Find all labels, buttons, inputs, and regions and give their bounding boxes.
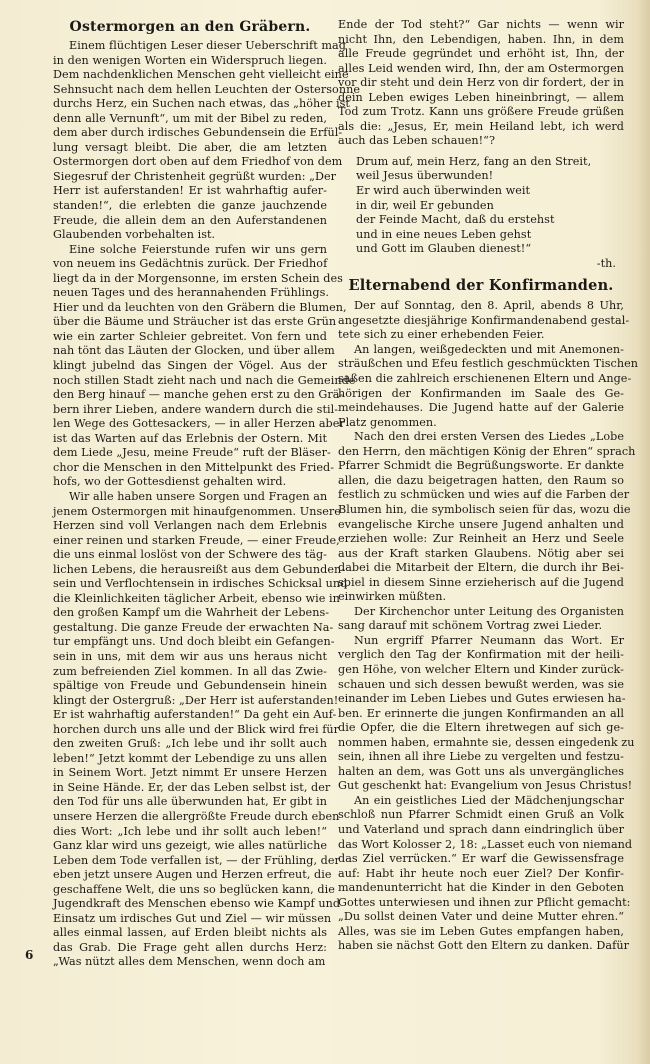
text-line: Nach den drei ersten Versen des Liedes „… xyxy=(338,430,624,445)
text-line: die uns einmal loslöst von der Schwere d… xyxy=(53,548,327,563)
text-line: den Berg hinauf — manche gehen erst zu d… xyxy=(53,388,327,403)
text-line: die Opfer, die die Eltern ihretwegen auf… xyxy=(338,721,624,736)
text-line: Ostermorgen dort oben auf dem Friedhof v… xyxy=(53,155,327,170)
text-line: angesetzte diesjährige Konfirmandenabend… xyxy=(338,314,624,329)
text-line: Dem nachdenklichen Menschen geht viellei… xyxy=(53,68,327,83)
text-line: sein, ihnen all ihre Liebe zu vergelten … xyxy=(338,750,624,765)
paragraph: Einem flüchtigen Leser dieser Ueberschri… xyxy=(53,39,327,243)
text-line: allen, die dazu beigetragen hatten, den … xyxy=(338,474,624,489)
text-line: in Seinem Wort. Jetzt nimmt Er unsere He… xyxy=(53,766,327,781)
text-line: Glaubenden vorbehalten ist. xyxy=(53,228,327,243)
text-line: jenem Ostermorgen mit hinaufgenommen. Un… xyxy=(53,505,327,520)
paragraph: Der auf Sonntag, den 8. April, abends 8 … xyxy=(338,299,624,343)
text-line: ben. Er erinnerte die jungen Konfirmande… xyxy=(338,707,624,722)
paragraph: Der Kirchenchor unter Leitung des Organi… xyxy=(338,605,624,634)
text-line: gestaltung. Die ganze Freude der erwacht… xyxy=(53,621,327,636)
text-line: tete sich zu einer erhebenden Feier. xyxy=(338,328,624,343)
text-line: noch stillen Stadt zieht nach und nach d… xyxy=(53,374,327,389)
article-body-ostermorgen-continued: Ende der Tod steht?“ Gar nichts — wenn w… xyxy=(338,18,624,149)
text-line: auf: Habt ihr heute noch euer Ziel? Der … xyxy=(338,867,624,882)
text-line: Ende der Tod steht?“ Gar nichts — wenn w… xyxy=(338,18,624,33)
article-body-ostermorgen-left: Einem flüchtigen Leser dieser Ueberschri… xyxy=(53,39,327,970)
author-signature: -th. xyxy=(338,257,624,272)
text-line: Einsatz um irdisches Gut und Ziel — wir … xyxy=(53,912,327,927)
text-line: nommen haben, ermahnte sie, dessen einge… xyxy=(338,736,624,751)
text-line: zum befreienden Ziel kommen. In all das … xyxy=(53,665,327,680)
text-line: vor dir steht und dein Herz von dir ford… xyxy=(338,76,624,91)
text-line: Tod zum Trotz. Kann uns größere Freude g… xyxy=(338,105,624,120)
text-line: Er ist wahrhaftig auferstanden!“ Da geht… xyxy=(53,708,327,723)
text-line: den großen Kampf um die Wahrheit der Leb… xyxy=(53,606,327,621)
text-line: wie ein zarter Schleier gebreitet. Von f… xyxy=(53,330,327,345)
text-line: meindehauses. Die Jugend hatte auf der G… xyxy=(338,401,624,416)
text-line: gen Höhe, von welcher Eltern und Kinder … xyxy=(338,663,624,678)
paragraph: An ein geistliches Lied der Mädchenjungs… xyxy=(338,794,624,954)
text-line: Alles, was sie im Leben Gutes empfangen … xyxy=(338,925,624,940)
text-line: den zweiten Gruß: „Ich lebe und ihr soll… xyxy=(53,737,327,752)
text-line: Eine solche Feierstunde rufen wir uns ge… xyxy=(53,243,327,258)
verse-line: in dir, weil Er gebunden xyxy=(356,199,624,214)
right-column: Ende der Tod steht?“ Gar nichts — wenn w… xyxy=(338,18,624,954)
document-page: Ostermorgen an den Gräbern. Einem flücht… xyxy=(0,0,650,1064)
text-line: alles Leid wenden wird, Ihn, der am Oste… xyxy=(338,62,624,77)
text-line: nah tönt das Läuten der Glocken, und übe… xyxy=(53,344,327,359)
text-line: Der Kirchenchor unter Leitung des Organi… xyxy=(338,605,624,620)
text-line: als die: „Jesus, Er, mein Heiland lebt, … xyxy=(338,120,624,135)
text-line: in Seine Hände. Er, der das Leben selbst… xyxy=(53,781,327,796)
text-line: alle Freude gegründet und erhöht ist, Ih… xyxy=(338,47,624,62)
text-line: aus der Kraft starken Glaubens. Nötig ab… xyxy=(338,547,624,562)
text-line: chor die Menschen in den Mittelpunkt des… xyxy=(53,461,327,476)
verse-line: Er wird auch überwinden weit xyxy=(356,184,624,199)
verse-line: Drum auf, mein Herz, fang an den Streit, xyxy=(356,155,624,170)
text-line: erziehen wolle: Zur Reinheit an Herz und… xyxy=(338,532,624,547)
text-line: halten an dem, was Gott uns als unvergän… xyxy=(338,765,624,780)
text-line: lung versagt bleibt. Die aber, die am le… xyxy=(53,141,327,156)
text-line: dabei die Mitarbeit der Eltern, die durc… xyxy=(338,561,624,576)
text-line: mandenunterricht hat die Kinder in den G… xyxy=(338,881,624,896)
text-line: spältige von Freude und Gebundensein hin… xyxy=(53,679,327,694)
text-line: einer reinen und starken Freude, — einer… xyxy=(53,534,327,549)
text-line: alles einmal lassen, auf Erden bleibt ni… xyxy=(53,926,327,941)
page-number: 6 xyxy=(25,948,33,962)
text-line: sein und Verflochtensein in irdisches Sc… xyxy=(53,577,327,592)
text-line: schauen und sich dessen bewußt werden, w… xyxy=(338,678,624,693)
text-line: die Kleinlichkeiten täglicher Arbeit, eb… xyxy=(53,592,327,607)
text-line: und Vaterland und sprach dann eindringli… xyxy=(338,823,624,838)
text-line: tur empfängt uns. Und doch bleibt ein Ge… xyxy=(53,635,327,650)
text-line: hofs, wo der Gottesdienst gehalten wird. xyxy=(53,475,327,490)
paragraph: An langen, weißgedeckten und mit Anemone… xyxy=(338,343,624,430)
text-line: Siegesruf der Christenheit gegrüßt wurde… xyxy=(53,170,327,185)
text-line: dies Wort: „Ich lebe und ihr sollt auch … xyxy=(53,825,327,840)
text-line: liegt da in der Morgensonne, im ersten S… xyxy=(53,272,327,287)
text-line: „Was nützt alles dem Menschen, wenn doch… xyxy=(53,955,327,970)
paragraph: Eine solche Feierstunde rufen wir uns ge… xyxy=(53,243,327,490)
text-line: Freude, die allein dem an den Auferstand… xyxy=(53,214,327,229)
text-line: sein in uns, mit dem wir aus uns heraus … xyxy=(53,650,327,665)
text-line: das Grab. Die Frage geht allen durchs He… xyxy=(53,941,327,956)
text-line: sträußchen und Efeu festlich geschmückte… xyxy=(338,357,624,372)
text-line: über die Bäume und Sträucher ist das ers… xyxy=(53,315,327,330)
hymn-verse: Drum auf, mein Herz, fang an den Streit,… xyxy=(356,155,624,257)
text-line: Gut geschenkt hat: Evangelium von Jesus … xyxy=(338,779,624,794)
article-title-elternabend: Elternabend der Konfirmanden. xyxy=(338,277,624,295)
text-line: verglich den Tag der Konfirmation mit de… xyxy=(338,648,624,663)
text-line: eben jetzt unsere Augen und Herzen erfre… xyxy=(53,868,327,883)
text-line: Der auf Sonntag, den 8. April, abends 8 … xyxy=(338,299,624,314)
text-line: Leben dem Tode verfallen ist, — der Früh… xyxy=(53,854,327,869)
text-line: Jugendkraft des Menschen ebenso wie Kamp… xyxy=(53,897,327,912)
text-line: haben sie nächst Gott den Eltern zu dank… xyxy=(338,939,624,954)
text-line: sang darauf mit schönem Vortrag zwei Lie… xyxy=(338,619,624,634)
text-line: das Wort Kolosser 2, 18: „Lasset euch vo… xyxy=(338,838,624,853)
text-line: den Tod für uns alle überwunden hat, Er … xyxy=(53,795,327,810)
text-line: Einem flüchtigen Leser dieser Ueberschri… xyxy=(53,39,327,54)
text-line: von neuem ins Gedächtnis zurück. Der Fri… xyxy=(53,257,327,272)
text-line: klingt der Ostergruß: „Der Herr ist aufe… xyxy=(53,694,327,709)
text-line: denn alle Vernunft“, um mit der Bibel zu… xyxy=(53,112,327,127)
text-line: Nun ergriff Pfarrer Neumann das Wort. Er xyxy=(338,634,624,649)
text-line: in den wenigen Worten ein Widerspruch li… xyxy=(53,54,327,69)
text-line: Herr ist auferstanden! Er ist wahrhaftig… xyxy=(53,184,327,199)
text-line: An ein geistliches Lied der Mädchenjungs… xyxy=(338,794,624,809)
text-line: evangelische Kirche unsere Jugend anhalt… xyxy=(338,518,624,533)
text-line: An langen, weißgedeckten und mit Anemone… xyxy=(338,343,624,358)
text-line: Gottes unterwiesen und ihnen zur Pflicht… xyxy=(338,896,624,911)
text-line: unsere Herzen die allergrößte Freude dur… xyxy=(53,810,327,825)
text-line: Blumen hin, die symbolisch seien für das… xyxy=(338,503,624,518)
text-line: Herzen sind voll Verlangen nach dem Erle… xyxy=(53,519,327,534)
text-line: dein Leben ewiges Leben hineinbringt, — … xyxy=(338,91,624,106)
paragraph: Nach den drei ersten Versen des Liedes „… xyxy=(338,430,624,605)
text-line: ist das Warten auf das Erlebnis der Oste… xyxy=(53,432,327,447)
text-line: lichen Lebens, die herausreißt aus dem G… xyxy=(53,563,327,578)
text-line: standen!“, die erlebten die ganze jauchz… xyxy=(53,199,327,214)
text-line: einander im Leben Liebes und Gutes erwie… xyxy=(338,692,624,707)
paragraph: Nun ergriff Pfarrer Neumann das Wort. Er… xyxy=(338,634,624,794)
paragraph: Wir alle haben unsere Sorgen und Fragen … xyxy=(53,490,327,970)
text-line: Pfarrer Schmidt die Begrüßungsworte. Er … xyxy=(338,459,624,474)
text-line: „Du sollst deinen Vater und deine Mutter… xyxy=(338,910,624,925)
verse-line: und Gott im Glauben dienest!“ xyxy=(356,242,624,257)
text-line: durchs Herz, ein Suchen nach etwas, das … xyxy=(53,97,327,112)
text-line: dem aber durch irdisches Gebundensein di… xyxy=(53,126,327,141)
verse-line: der Feinde Macht, daß du erstehst xyxy=(356,213,624,228)
text-line: spiel in diesem Sinne erzieherisch auf d… xyxy=(338,576,624,591)
text-line: auch das Leben schauen!“? xyxy=(338,134,624,149)
text-line: neuen Tages und des herannahenden Frühli… xyxy=(53,286,327,301)
verse-line: und in eine neues Leben gehst xyxy=(356,228,624,243)
article-body-elternabend: Der auf Sonntag, den 8. April, abends 8 … xyxy=(338,299,624,954)
text-line: klingt jubelnd das Singen der Vögel. Aus… xyxy=(53,359,327,374)
text-line: schloß nun Pfarrer Schmidt einen Gruß an… xyxy=(338,808,624,823)
text-line: bern ihrer Lieben, andere wandern durch … xyxy=(53,403,327,418)
text-line: saßen die zahlreich erschienenen Eltern … xyxy=(338,372,624,387)
verse-line: weil Jesus überwunden! xyxy=(356,169,624,184)
text-line: das Ziel verrücken.“ Er warf die Gewisse… xyxy=(338,852,624,867)
text-line: einwirken müßten. xyxy=(338,590,624,605)
text-line: hörigen der Konfirmanden im Saale des Ge… xyxy=(338,387,624,402)
text-line: Platz genommen. xyxy=(338,416,624,431)
text-line: den Herrn, den mächtigen König der Ehren… xyxy=(338,445,624,460)
text-line: Ganz klar wird uns gezeigt, wie alles na… xyxy=(53,839,327,854)
text-line: dem Liede „Jesu, meine Freude“ ruft der … xyxy=(53,446,327,461)
text-line: festlich zu schmücken und wies auf die F… xyxy=(338,488,624,503)
text-line: horchen durch uns alle und der Blick wir… xyxy=(53,723,327,738)
article-title-ostermorgen: Ostermorgen an den Gräbern. xyxy=(53,18,327,36)
text-line: Sehnsucht nach dem hellen Leuchten der O… xyxy=(53,83,327,98)
paragraph: Ende der Tod steht?“ Gar nichts — wenn w… xyxy=(338,18,624,149)
text-line: Hier und da leuchten von den Gräbern die… xyxy=(53,301,327,316)
text-line: Wir alle haben unsere Sorgen und Fragen … xyxy=(53,490,327,505)
text-line: geschaffene Welt, die uns so beglücken k… xyxy=(53,883,327,898)
left-column: Ostermorgen an den Gräbern. Einem flücht… xyxy=(53,18,327,970)
text-line: nicht Ihn, den Lebendigen, haben. Ihn, i… xyxy=(338,33,624,48)
text-line: leben!“ Jetzt kommt der Lebendige zu uns… xyxy=(53,752,327,767)
text-line: len Wege des Gottesackers, — in aller He… xyxy=(53,417,327,432)
